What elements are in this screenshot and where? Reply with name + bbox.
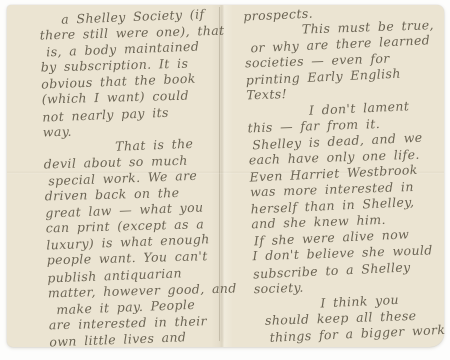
scanned-letter: a Shelley Society (if there still were o… — [0, 0, 450, 360]
letter-page-left: a Shelley Society (if there still were o… — [39, 6, 230, 349]
letter-page-right: prospects. This must be true, or why are… — [243, 0, 450, 345]
letter-sheet: a Shelley Society (if there still were o… — [7, 5, 444, 347]
